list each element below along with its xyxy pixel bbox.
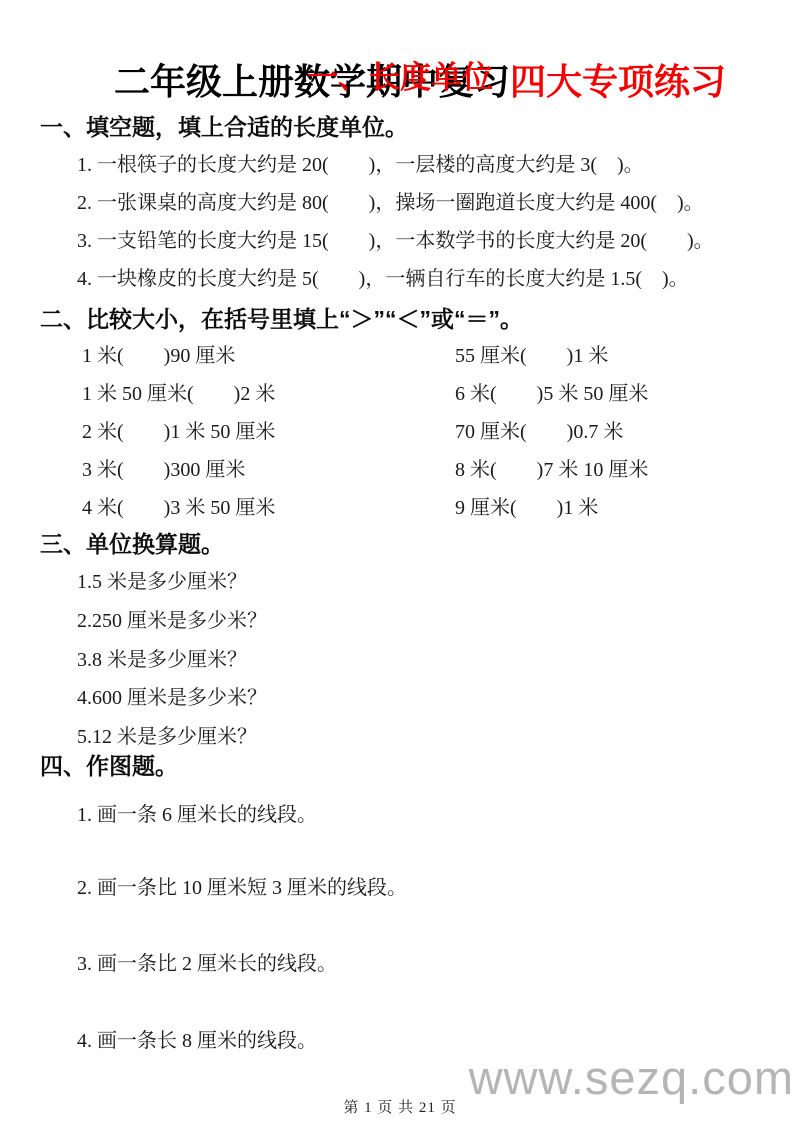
section-drawing-heading: 四、作图题。 (40, 751, 178, 781)
section-conversion-heading: 三、单位换算题。 (40, 529, 224, 559)
comparison-cell: 70 厘米( )0.7 米 (455, 413, 648, 451)
page-subtitle: 一、长度单位 (0, 60, 800, 96)
drawing-item-2: 2. 画一条比 10 厘米短 3 厘米的线段。 (77, 869, 407, 907)
comparison-cell: 8 米( )7 米 10 厘米 (455, 451, 648, 489)
comparison-cell: 4 米( )3 米 50 厘米 (82, 489, 455, 527)
conversion-item-1: 1.5 米是多少厘米？ (77, 563, 247, 601)
comparison-cell: 3 米( )300 厘米 (82, 451, 455, 489)
comparison-cell: 1 米( )90 厘米 (82, 337, 455, 375)
section-fill-blanks-heading: 一、填空题，填上合适的长度单位。 (40, 112, 408, 142)
comparison-grid: 1 米( )90 厘米 55 厘米( )1 米 1 米 50 厘米( )2 米 … (82, 337, 648, 527)
fill-blank-item-4: 4. 一块橡皮的长度大约是 5( )，一辆自行车的长度大约是 1.5( )。 (77, 260, 689, 298)
worksheet-page: 二年级上册数学期中复习四大专项练习 一、长度单位 一、填空题，填上合适的长度单位… (0, 0, 800, 1133)
page-number: 第 1 页 共 21 页 (0, 1096, 800, 1117)
conversion-item-2: 2.250 厘米是多少米？ (77, 602, 267, 640)
fill-blank-item-3: 3. 一支铅笔的长度大约是 15( )，一本数学书的长度大约是 20( )。 (77, 222, 714, 260)
drawing-item-3: 3. 画一条比 2 厘米长的线段。 (77, 945, 337, 983)
fill-blank-item-1: 1. 一根筷子的长度大约是 20( )，一层楼的高度大约是 3( )。 (77, 146, 644, 184)
comparison-cell: 55 厘米( )1 米 (455, 337, 648, 375)
drawing-item-4: 4. 画一条长 8 厘米的线段。 (77, 1022, 317, 1060)
comparison-cell: 1 米 50 厘米( )2 米 (82, 375, 455, 413)
comparison-cell: 2 米( )1 米 50 厘米 (82, 413, 455, 451)
conversion-item-4: 4.600 厘米是多少米？ (77, 679, 267, 717)
comparison-cell: 9 厘米( )1 米 (455, 489, 648, 527)
section-compare-heading: 二、比较大小，在括号里填上“＞”“＜”或“＝”。 (40, 304, 523, 334)
fill-blank-item-2: 2. 一张课桌的高度大约是 80( )，操场一圈跑道长度大约是 400( )。 (77, 184, 704, 222)
drawing-item-1: 1. 画一条 6 厘米长的线段。 (77, 796, 317, 834)
conversion-item-3: 3.8 米是多少厘米？ (77, 641, 247, 679)
comparison-cell: 6 米( )5 米 50 厘米 (455, 375, 648, 413)
